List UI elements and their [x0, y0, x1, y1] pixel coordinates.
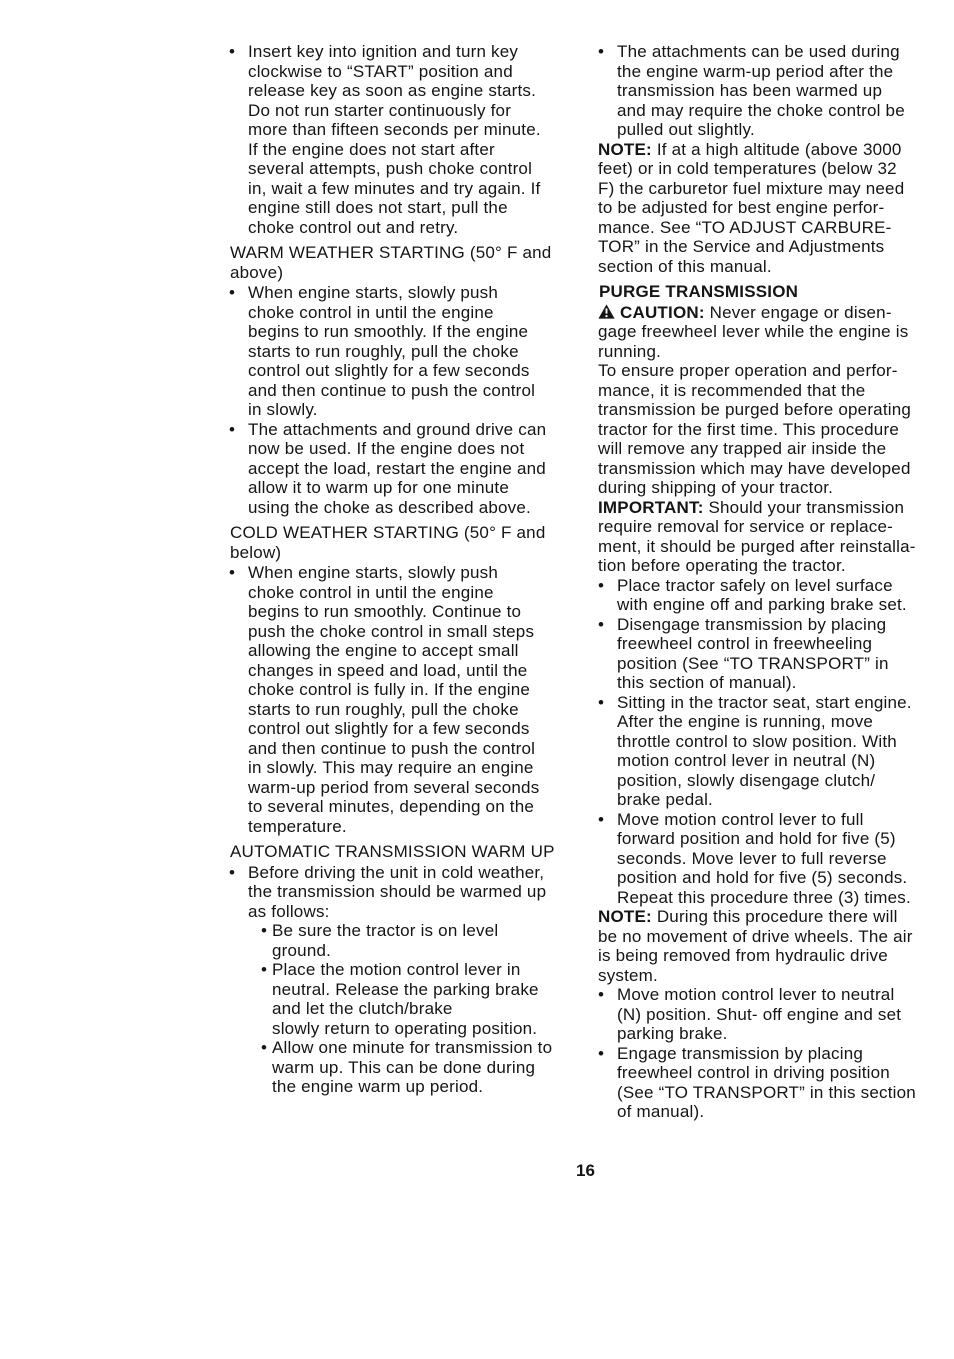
bullet-item-text: Place tractor safely on level surface wi… — [617, 576, 950, 615]
bullet-icon: • — [261, 960, 272, 1038]
bullet-item: •Insert key into ignition and turn key c… — [229, 42, 581, 237]
bullet-icon: • — [598, 1044, 617, 1122]
bullet-item: •Disengage transmission by placing freew… — [598, 615, 950, 693]
bullet-item-text: Insert key into ignition and turn key cl… — [248, 42, 581, 237]
bullet-item-text: Disengage transmission by placing freewh… — [617, 615, 950, 693]
bullet-icon: • — [598, 810, 617, 908]
section-heading-text: AUTOMATIC TRANSMISSION WARM UP — [230, 842, 555, 861]
right-column: •The attachments can be used during the … — [598, 42, 950, 1122]
bullet-icon: • — [229, 283, 248, 420]
bullet-icon: • — [598, 985, 617, 1044]
section-heading: PURGE TRANSMISSION — [599, 282, 950, 302]
bullet-item: •The attachments and ground drive can no… — [229, 420, 581, 518]
page-number: 16 — [576, 1161, 595, 1181]
section-heading-text: WARM WEATHER STARTING (50° F and above) — [230, 243, 551, 282]
bullet-item-text: Before driving the unit in cold weather,… — [248, 863, 581, 922]
bullet-item: •Before driving the unit in cold weather… — [229, 863, 581, 922]
caution-icon — [598, 304, 615, 319]
bullet-icon: • — [261, 1038, 272, 1097]
bullet-item-text: The attachments can be used during the e… — [617, 42, 950, 140]
bullet-item-text: Move motion control lever to neutral (N)… — [617, 985, 950, 1044]
bullet-item-text: Engage transmission by placing freewheel… — [617, 1044, 950, 1122]
left-column: •Insert key into ignition and turn key c… — [229, 42, 581, 1122]
bullet-icon: • — [229, 42, 248, 237]
paragraph: IMPORTANT: Should your transmission requ… — [598, 498, 950, 576]
section-heading: WARM WEATHER STARTING (50° F and above) — [230, 243, 581, 282]
bullet-item: •Sitting in the tractor seat, start engi… — [598, 693, 950, 810]
paragraph-text: To ensure proper operation and perfor- m… — [598, 361, 911, 497]
bullet-icon: • — [261, 921, 272, 960]
paragraph-lead: NOTE: — [598, 907, 652, 926]
sub-bullet-item: •Place the motion control lever in neutr… — [261, 960, 581, 1038]
paragraph: NOTE: During this procedure there will b… — [598, 907, 950, 985]
bullet-item: •Place tractor safely on level surface w… — [598, 576, 950, 615]
paragraph-lead: IMPORTANT: — [598, 498, 704, 517]
sub-bullet-item-text: Place the motion control lever in neutra… — [272, 960, 581, 1038]
sub-bullet-item: •Allow one minute for transmission to wa… — [261, 1038, 581, 1097]
bullet-item: •The attachments can be used during the … — [598, 42, 950, 140]
bullet-item-text: When engine starts, slowly push choke co… — [248, 283, 581, 420]
page-body: •Insert key into ignition and turn key c… — [0, 0, 954, 1122]
section-heading: AUTOMATIC TRANSMISSION WARM UP — [230, 842, 581, 862]
paragraph-lead: CAUTION: — [620, 303, 705, 322]
section-heading-text: COLD WEATHER STARTING (50° F and below) — [230, 523, 545, 562]
sub-bullet-item-text: Be sure the tractor is on level ground. — [272, 921, 581, 960]
bullet-icon: • — [229, 863, 248, 922]
bullet-item-text: Move motion control lever to full forwar… — [617, 810, 950, 908]
sub-bullet-item-text: Allow one minute for transmission to war… — [272, 1038, 581, 1097]
bullet-icon: • — [229, 563, 248, 836]
manual-page: •Insert key into ignition and turn key c… — [0, 0, 954, 1359]
bullet-item: •Engage transmission by placing freewhee… — [598, 1044, 950, 1122]
bullet-item: •Move motion control lever to neutral (N… — [598, 985, 950, 1044]
section-heading-text: PURGE TRANSMISSION — [599, 282, 798, 301]
bullet-item: •When engine starts, slowly push choke c… — [229, 563, 581, 836]
bullet-item: •Move motion control lever to full forwa… — [598, 810, 950, 908]
bullet-icon: • — [598, 576, 617, 615]
sub-bullet-item: •Be sure the tractor is on level ground. — [261, 921, 581, 960]
section-heading: COLD WEATHER STARTING (50° F and below) — [230, 523, 581, 562]
paragraph-text: If at a high altitude (above 3000 feet) … — [598, 140, 904, 276]
bullet-icon: • — [229, 420, 248, 518]
bullet-icon: • — [598, 615, 617, 693]
bullet-item-text: When engine starts, slowly push choke co… — [248, 563, 581, 836]
paragraph: NOTE: If at a high altitude (above 3000 … — [598, 140, 950, 277]
paragraph: CAUTION: Never engage or disen- gage fre… — [598, 303, 950, 362]
paragraph: To ensure proper operation and perfor- m… — [598, 361, 950, 498]
bullet-item-text: Sitting in the tractor seat, start engin… — [617, 693, 950, 810]
bullet-icon: • — [598, 42, 617, 140]
paragraph-lead: NOTE: — [598, 140, 652, 159]
bullet-item-text: The attachments and ground drive can now… — [248, 420, 581, 518]
bullet-item: •When engine starts, slowly push choke c… — [229, 283, 581, 420]
bullet-icon: • — [598, 693, 617, 810]
